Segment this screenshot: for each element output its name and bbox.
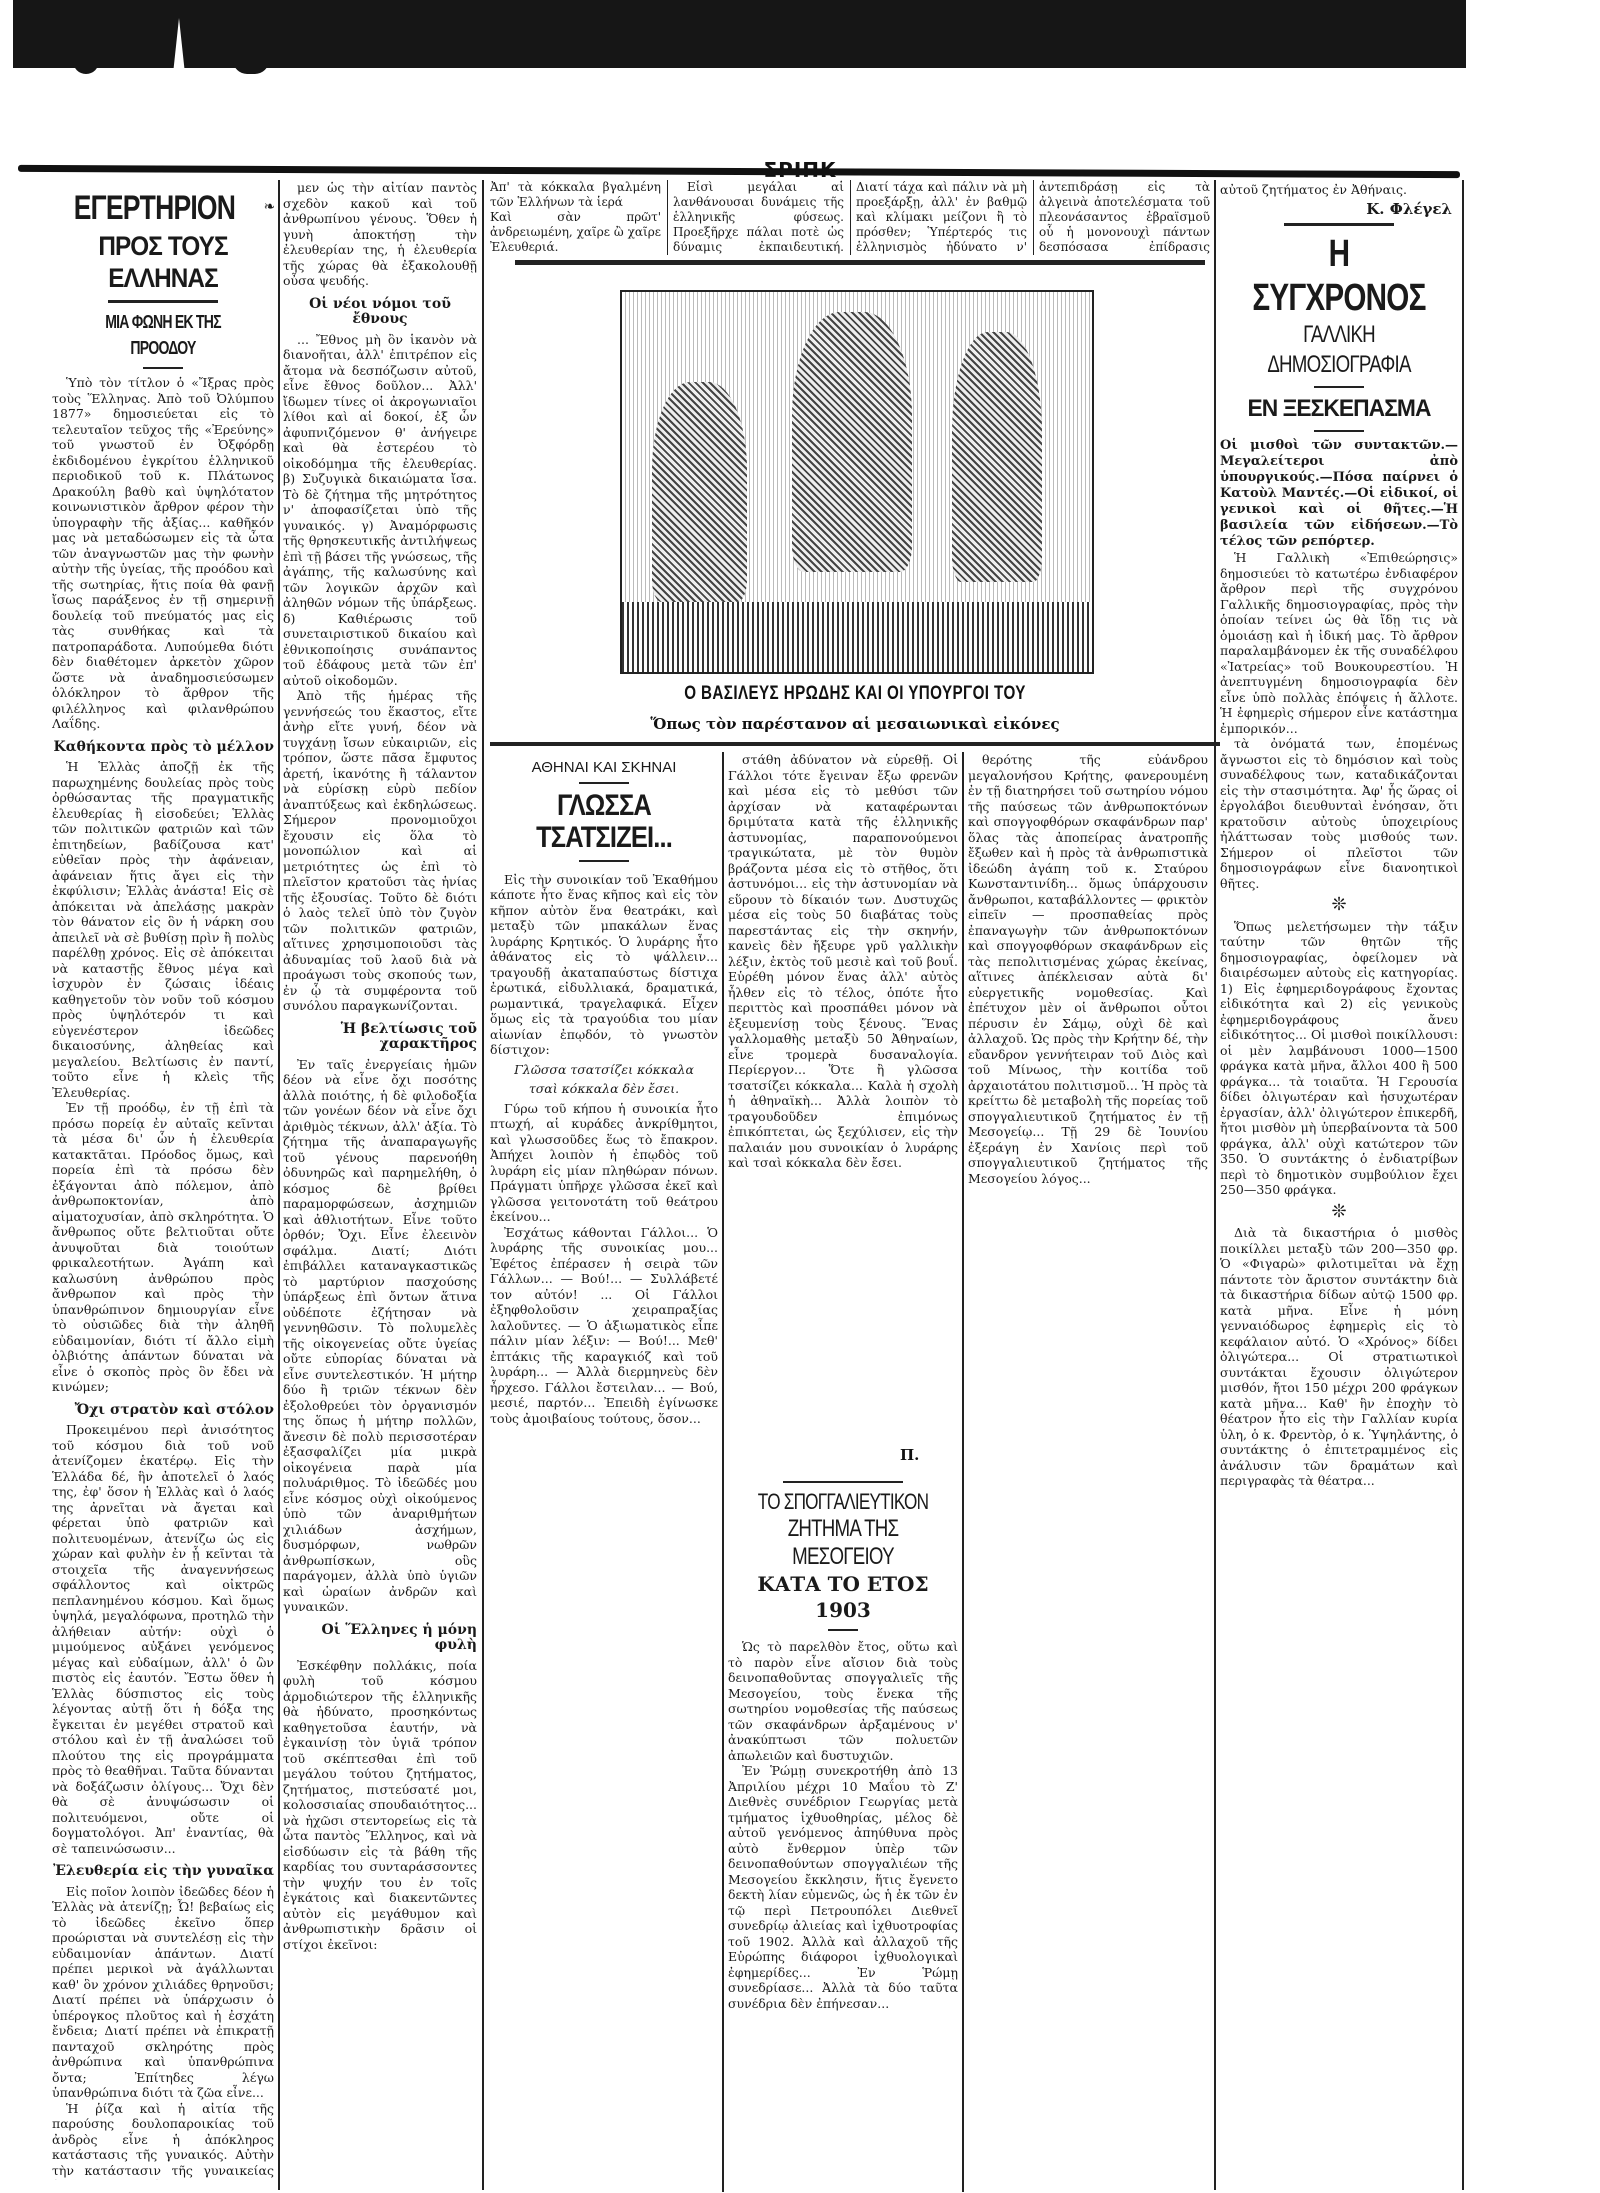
divider <box>1314 430 1364 432</box>
article-title-line-3: ΕΝ ΞΕΣΚΕΠΑΣΜΑ <box>1226 394 1452 424</box>
divider <box>783 1481 903 1483</box>
article-kicker: ΕΓΕΡΤΗΡΙΟΝ <box>73 186 234 230</box>
verse-line: τσαὶ κόκκαλα δὲν ἔσει. <box>490 1081 718 1097</box>
article-paragraph: Ὡς τὸ παρελθὸν ἔτος, οὕτω καὶ τὸ παρὸν ε… <box>728 1639 958 1763</box>
article-paragraph: Προκειμένου περὶ ἀνισότητος τοῦ κόσμου δ… <box>52 1422 274 1856</box>
scan-dark-edge <box>13 0 1466 68</box>
section-heading: Ἡ βελτίωσις τοῦ χαρακτῆρος <box>283 1022 477 1053</box>
column-rule <box>962 752 964 2192</box>
article-title-line-2: ΖΗΤΗΜΑ ΤΗΣ ΜΕΣΟΓΕΙΟΥ <box>753 1515 932 1571</box>
article-paragraph: Εἰς τὴν συνοικίαν τοῦ Ἐκαθήμου κάποτε ἦτ… <box>490 872 718 1058</box>
section-heading: Καθήκοντα πρὸς τὸ μέλλον <box>52 740 274 756</box>
asterism-ornament-icon: ❊ <box>1220 1204 1458 1220</box>
article-paragraph: Ἡ Γαλλικὴ «Ἐπιθεώρησις» δημοσιεύει τὸ κα… <box>1220 550 1458 736</box>
divider <box>1284 223 1394 226</box>
column-1: ΕΓΕΡΤΗΡΙΟΝ ❧ ΠΡΟΣ ΤΟΥΣ ΕΛΛΗΝΑΣ ΜΙΑ ΦΩΝΗ … <box>52 180 274 2180</box>
article-paragraph: Ἡ ῥίζα καὶ ἡ αἰτία τῆς παρούσης δουλοπαρ… <box>52 2101 274 2181</box>
column-rule <box>722 752 724 2192</box>
article-title-line-2: ΓΑΛΛΙΚΗ ΔΗΜΟΣΙΟΓΡΑΦΙΑ <box>1246 320 1432 380</box>
article-paragraph: Ἐσχάτως κάθονται Γάλλοι... Ὁ λυράρης τῆς… <box>490 1225 718 1427</box>
column-6: αὐτοῦ ζητήματος ἐν Ἀθήναις. Κ. Φλέγελ Η … <box>1220 180 1458 2190</box>
section-rule <box>515 260 1205 265</box>
divider <box>579 860 629 862</box>
article-paragraph: Ὑπὸ τὸν τίτλον ὁ «Ἴξρας πρὸς τοὺς Ἕλληνα… <box>52 375 274 732</box>
article-paragraph: μεν ὡς τὴν αἰτίαν παντὸς σχεδὸν κακοῦ κα… <box>283 180 477 289</box>
scan-tear <box>173 18 185 74</box>
article-paragraph: Ὅπως μελετήσωμεν τὴν τάξιν ταύτην τῶν θη… <box>1220 919 1458 1198</box>
column-rule <box>482 180 484 2190</box>
column-rule <box>278 180 280 2190</box>
article-summary: Οἱ μισθοὶ τῶν συντακτῶν.—Μεγαλείτεροι ἀπ… <box>1220 438 1458 550</box>
divider <box>579 782 629 784</box>
article-paragraph: Εἰς ποῖον λοιπὸν ἰδεῶδες δέον ἡ Ἑλλὰς νὰ… <box>52 1884 274 2101</box>
divider <box>143 367 183 369</box>
article-subtitle: ΜΙΑ ΦΩΝΗ ΕΚ ΤΗΣ ΠΡΟΟΔΟΥ <box>76 309 249 361</box>
illustration-caption: Ο ΒΑΣΙΛΕΥΣ ΗΡΩΔΗΣ ΚΑΙ ΟΙ ΥΠΟΥΡΓΟΙ ΤΟΥ <box>563 683 1147 705</box>
poem-strip: Ἀπ' τὰ κόκκαλα βγαλμένη τῶν Ἑλλήνων τὰ ἱ… <box>490 180 1210 255</box>
section-rule <box>490 742 1220 746</box>
article-paragraph: Διὰ τὰ δικαστήρια ὁ μισθὸς ποικίλλει μετ… <box>1220 1225 1458 1489</box>
article-paragraph: ... Ἔθνος μὴ ὂν ἱκανὸν νὰ διανοῆται, ἀλλ… <box>283 332 477 689</box>
seated-figure-left <box>652 382 747 602</box>
scan-blot <box>73 60 99 74</box>
illustration-caption-block: Ο ΒΑΣΙΛΕΥΣ ΗΡΩΔΗΣ ΚΑΙ ΟΙ ΥΠΟΥΡΓΟΙ ΤΟΥ Ὅπ… <box>490 683 1220 733</box>
enthroned-king-figure <box>792 312 912 572</box>
section-heading: Ὄχι στρατὸν καὶ στόλον <box>52 1403 274 1419</box>
column-2: μεν ὡς τὴν αἰτίαν παντὸς σχεδὸν κακοῦ κα… <box>283 180 477 2190</box>
ornament-icon: ❧ <box>264 200 274 216</box>
asterism-ornament-icon: ❊ <box>1220 897 1458 913</box>
article-title-line-1: ΤΟ ΣΠΟΓΓΑΛΙΕΥΤΙΚΟΝ <box>753 1489 932 1515</box>
illustration-subcaption: Ὅπως τὸν παρέστανον αἱ μεσαιωνικαὶ εἰκόν… <box>490 715 1220 733</box>
verse-line: Γλῶσσα τσατσίζει κόκκαλα <box>490 1062 718 1078</box>
column-4-lower: ΤΟ ΣΠΟΓΓΑΛΙΕΥΤΙΚΟΝ ΖΗΤΗΜΑ ΤΗΣ ΜΕΣΟΓΕΙΟΥ … <box>728 1475 958 2193</box>
standing-figure-right <box>952 332 1042 582</box>
author-signature: Κ. Φλέγελ <box>1220 202 1452 218</box>
divider <box>1314 386 1364 388</box>
article-paragraph: θερότης τῆς εὐάνδρου μεγαλονήσου Κρήτης,… <box>968 752 1208 1186</box>
column-3: ΑΘΗΝΑΙ ΚΑΙ ΣΚΗΝΑΙ ΓΛΩΣΣΑ ΤΣΑΤΣΙΖΕΙ... Εἰ… <box>490 752 718 1442</box>
article-paragraph: Ἐσκέφθην πολλάκις, ποία φυλὴ τοῦ κόσμου … <box>283 1658 477 1953</box>
column-rule <box>1214 180 1216 2190</box>
section-heading: Οἱ νέοι νόμοι τοῦ ἔθνους <box>283 297 477 328</box>
divider <box>108 300 218 303</box>
poem-line: Ἀπ' τὰ κόκκαλα βγαλμένη τῶν Ἑλλήνων τὰ ἱ… <box>490 180 661 210</box>
article-paragraph: τὰ ὀνόματά των, ἑπομένως ἄγνωστοι εἰς τὸ… <box>1220 736 1458 891</box>
section-heading: Ἐλευθερία εἰς τὴν γυναῖκα <box>52 1864 274 1880</box>
article-title-line-1: Η ΣΥΓΧΡΟΝΟΣ <box>1246 232 1432 320</box>
section-heading: Οἱ Ἕλληνες ἡ μόνη φυλὴ <box>283 1623 477 1654</box>
article-title: ΠΡΟΣ ΤΟΥΣ ΕΛΛΗΝΑΣ <box>63 230 263 294</box>
illustration-floor <box>622 602 1092 672</box>
divider <box>828 1629 858 1631</box>
article-paragraph: Ἀπὸ τῆς ἡμέρας τῆς γεννήσεώς του ἕκαστος… <box>283 688 477 1014</box>
article-signature: Π. <box>900 1446 919 1464</box>
carryover-text: αὐτοῦ ζητήματος ἐν Ἀθήναις. <box>1220 182 1458 198</box>
section-label: ΑΘΗΝΑΙ ΚΑΙ ΣΚΗΝΑΙ <box>490 760 718 776</box>
poem-line: Καὶ σὰν πρῶτ' ἀνδρειωμένη, χαῖρε ὢ χαῖρε… <box>490 210 661 255</box>
page-edge-rule <box>1462 180 1464 2190</box>
article-paragraph: Ἐν Ῥώμῃ συνεκροτήθη ἀπὸ 13 Ἀπριλίου μέχρ… <box>728 1763 958 2011</box>
article-paragraph: στάθη ἀδύνατον νὰ εὑρεθῇ. Οἱ Γάλλοι τότε… <box>728 752 958 1171</box>
cartoon-illustration <box>620 290 1094 674</box>
article-title-line-3: ΚΑΤΑ ΤΟ ΕΤΟΣ 1903 <box>728 1571 958 1623</box>
article-paragraph: Εἶσὶ μεγάλαι αἱ λανθάνουσαι δυνάμεις τῆς… <box>673 180 1210 255</box>
article-title: ΓΛΩΣΣΑ ΤΣΑΤΣΙΖΕΙ... <box>507 790 701 854</box>
scan-blot <box>233 60 269 74</box>
article-paragraph: Ἐν τῇ προόδῳ, ἐν τῇ ἐπὶ τὰ πρόσω πορείᾳ … <box>52 1100 274 1395</box>
article-paragraph: Ἐν ταῖς ἐνεργείαις ἡμῶν δέον νὰ εἶνε ὄχι… <box>283 1057 477 1615</box>
column-4: στάθη ἀδύνατον νὰ εὑρεθῇ. Οἱ Γάλλοι τότε… <box>728 752 958 1442</box>
article-paragraph: Ἡ Ἑλλὰς ἀποζῇ ἐκ τῆς παρωχημένης δουλεία… <box>52 759 274 1100</box>
column-5: θερότης τῆς εὐάνδρου μεγαλονήσου Κρήτης,… <box>968 752 1208 2192</box>
article-paragraph: Γύρω τοῦ κήπου ἡ συνοικία ἦτο πτωχή, αἱ … <box>490 1101 718 1225</box>
